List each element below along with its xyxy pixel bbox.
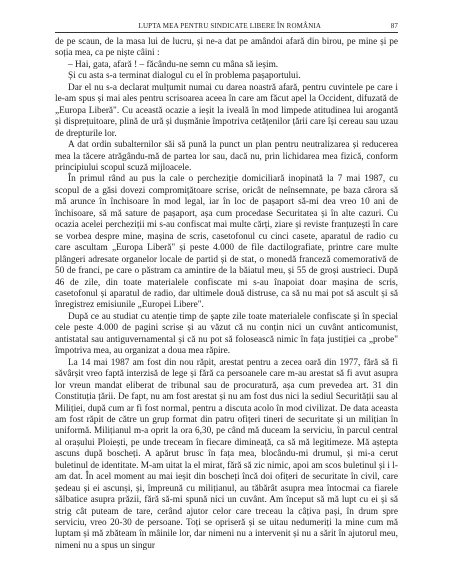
page-number: 87	[391, 22, 398, 30]
page-body: de pe scaun, de la masa lui de lucru, și…	[55, 37, 398, 552]
paragraph: La 14 mai 1987 am fost din nou răpit, ar…	[55, 358, 398, 553]
paragraph: de pe scaun, de la masa lui de lucru, și…	[55, 37, 398, 60]
paragraph: După ce au studiat cu atenție timp de șa…	[55, 312, 398, 358]
paragraph: În primul rând au pus la cale o perchezi…	[55, 174, 398, 311]
running-header-title: LUPTA MEA PENTRU SINDICATE LIBERE ÎN ROM…	[55, 22, 391, 30]
paragraph: Și cu asta s-a terminat dialogul cu el î…	[55, 71, 398, 82]
paragraph: – Hai, gata, afară ! – făcându-ne semn c…	[55, 60, 398, 71]
book-page: LUPTA MEA PENTRU SINDICATE LIBERE ÎN ROM…	[55, 21, 398, 552]
running-header: LUPTA MEA PENTRU SINDICATE LIBERE ÎN ROM…	[55, 21, 398, 33]
paragraph: A dat ordin subalternilor săi să pună la…	[55, 140, 398, 174]
paragraph: Dar el nu s-a declarat mulțumit numai cu…	[55, 83, 398, 140]
